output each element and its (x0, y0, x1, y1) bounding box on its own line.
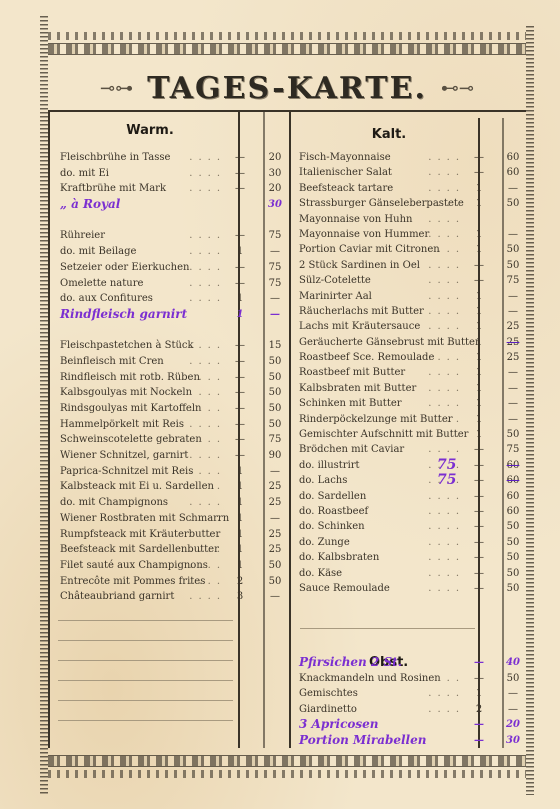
price-marks: 1 (469, 242, 489, 257)
price-pfennig: — (502, 289, 524, 304)
menu-item: Entrecôte mit Pommes frites....250 (60, 574, 290, 590)
menu-item-name: do. Kalbsbraten (299, 550, 379, 565)
leader-dots: .... (189, 338, 226, 354)
price-marks: — (469, 519, 489, 534)
price-marks: 1 (230, 307, 250, 323)
menu-item-name: Gemischtes (299, 686, 358, 702)
page-title: TAGES-KARTE. (147, 71, 427, 106)
menu-item: do. Käse....—50 (299, 566, 529, 581)
price-marks: 1 (230, 511, 250, 527)
price-pfennig: 60 (502, 150, 524, 165)
price-marks: 1 (469, 289, 489, 304)
menu-item: Kalbsbraten mit Butter....1— (299, 381, 529, 396)
menu-item-name: Brödchen mit Caviar (299, 442, 404, 457)
price-pfennig: — (502, 227, 524, 242)
price-pfennig: 50 (502, 535, 524, 550)
leader-dots: .... (428, 212, 465, 227)
menu-item: do. mit Beilage....1— (60, 244, 290, 260)
price-marks: — (230, 276, 250, 292)
price-pfennig: 75 (264, 228, 286, 244)
menu-item-name: Portion Caviar mit Citronen (299, 242, 440, 257)
price-pfennig: 75 (264, 432, 286, 448)
price-pfennig: 50 (502, 427, 524, 442)
leader-dots: .... (428, 550, 465, 565)
price-pfennig: 30 (264, 197, 286, 213)
leader-dots: .... (189, 432, 226, 448)
leader-dots: .... (428, 196, 465, 211)
menu-item-name: Lachs mit Kräutersauce (299, 319, 420, 334)
price-marks: — (469, 504, 489, 519)
menu-item: Rindfleisch garnirt1— (60, 307, 290, 323)
price-marks: — (230, 260, 250, 276)
menu-item: do. mit Ei....—30 (60, 166, 290, 182)
price-marks: — (230, 448, 250, 464)
leader-dots: .... (189, 589, 226, 605)
price-marks: 2 (469, 702, 489, 718)
menu-item: do. Kalbsbraten....—50 (299, 550, 529, 565)
price-pfennig: 15 (264, 338, 286, 354)
price-marks: — (469, 566, 489, 581)
menu-item: do. illustrirt....—6075 (299, 458, 529, 473)
price-marks: 1 (469, 335, 489, 350)
menu-item: do. Roastbeef....—60 (299, 504, 529, 519)
kalt-heading: Kalt. (299, 120, 479, 150)
price-marks: — (469, 442, 489, 457)
menu-item-name: Mayonnaise von Hummer (299, 227, 429, 242)
menu-item-name: Rindsgoulyas mit Kartoffeln (60, 401, 201, 417)
price-marks: — (230, 181, 250, 197)
menu-item: „ à Royal30 (60, 197, 290, 213)
leader-dots: .... (428, 566, 465, 581)
leader-dots: .... (428, 150, 465, 165)
menu-item-name: Beinfleisch mit Cren (60, 354, 164, 370)
price-pfennig: 50 (502, 519, 524, 534)
price-marks: 1 (469, 412, 489, 427)
price-pfennig: 25 (264, 495, 286, 511)
price-pfennig: 60 (502, 458, 524, 473)
price-pfennig: 50 (264, 385, 286, 401)
flourish-right-icon: ⊷⊸ (441, 78, 474, 99)
price-pfennig: — (502, 181, 524, 196)
menu-item-name: Sülz-Cotelette (299, 273, 371, 288)
leader-dots: .... (428, 227, 465, 242)
menu-item-name: Kalbsbraten mit Butter (299, 381, 416, 396)
leader-dots: .... (428, 396, 465, 411)
menu-item-name: Wiener Schnitzel, garnirt (60, 448, 188, 464)
leader-dots: .... (189, 479, 226, 495)
menu-item: Wiener Schnitzel, garnirt....—90 (60, 448, 290, 464)
price-marks: 1 (469, 227, 489, 242)
leader-dots: .... (428, 304, 465, 319)
menu-item-name: Rindfleisch mit rotb. Rüben (60, 370, 200, 386)
leader-dots: .... (428, 442, 465, 457)
blank-line (58, 620, 233, 621)
menu-item-name: do. illustrirt (299, 458, 360, 473)
leader-dots: .... (189, 448, 226, 464)
menu-item-name: Fleischpastetchen à Stück (60, 338, 194, 354)
menu-item: Kraftbrühe mit Mark....—20 (60, 181, 290, 197)
menu-item: Knackmandeln und Rosinen....—50 (299, 671, 529, 687)
leader-dots: .... (428, 273, 465, 288)
price-marks: — (230, 401, 250, 417)
price-pfennig: 50 (264, 558, 286, 574)
blank-line (300, 628, 475, 629)
price-pfennig: 50 (502, 196, 524, 211)
menu-item: Räucherlachs mit Butter....1— (299, 304, 529, 319)
price-marks: 1 (469, 196, 489, 211)
price-marks: 1 (469, 381, 489, 396)
leader-dots: .... (189, 260, 226, 276)
price-marks: — (469, 489, 489, 504)
price-pfennig: 60 (502, 473, 524, 488)
leader-dots: .... (428, 489, 465, 504)
menu-item-name: Filet sauté aux Champignons (60, 558, 208, 574)
price-marks: — (230, 166, 250, 182)
menu-item-name: Hammelpörkelt mit Reis (60, 417, 184, 433)
obst-list: Pfirsichen 2 St.—40Knackmandeln und Rosi… (299, 655, 529, 748)
menu-item-name: Pfirsichen 2 St. (299, 655, 402, 671)
price-pfennig: — (264, 244, 286, 260)
menu-item: Roastbeef Sce. Remoulade....125 (299, 350, 529, 365)
menu-item: Portion Mirabellen—30 (299, 733, 529, 749)
menu-item: Kalbsteack mit Ei u. Sardellen....125 (60, 479, 290, 495)
menu-item-name: Schinken mit Butter (299, 396, 402, 411)
menu-item (60, 213, 290, 229)
title-banner: ⊸⊶ TAGES-KARTE. ⊷⊸ (48, 66, 526, 112)
price-marks: — (469, 581, 489, 596)
price-marks: 1 (469, 181, 489, 196)
blank-line (58, 700, 233, 701)
menu-item: Fleischpastetchen à Stück....—15 (60, 338, 290, 354)
menu-item: Strassburger Gänseleberpastete....150 (299, 196, 529, 211)
price-pfennig: 50 (264, 401, 286, 417)
price-pfennig: 60 (502, 165, 524, 180)
menu-item: Schinken mit Butter....1— (299, 396, 529, 411)
leader-dots: .... (428, 519, 465, 534)
menu-item-name: Fleischbrühe in Tasse (60, 150, 170, 166)
leader-dots: .... (428, 181, 465, 196)
price-marks: — (230, 228, 250, 244)
menu-item: Roastbeef mit Butter....1— (299, 365, 529, 380)
menu-item-name: Rühreier (60, 228, 105, 244)
price-marks: 1 (230, 479, 250, 495)
leader-dots: .... (428, 365, 465, 380)
menu-item: Setzeier oder Eierkuchen....—75 (60, 260, 290, 276)
menu-item: do. Zunge....—50 (299, 535, 529, 550)
price-pfennig: — (502, 365, 524, 380)
price-marks: — (469, 258, 489, 273)
menu-item-name: Kraftbrühe mit Mark (60, 181, 166, 197)
menu-item: do. Lachs....—6075 (299, 473, 529, 488)
menu-item-name: Räucherlachs mit Butter (299, 304, 424, 319)
price-marks: — (230, 385, 250, 401)
menu-item-name: Fisch-Mayonnaise (299, 150, 391, 165)
price-marks: 2 (230, 574, 250, 590)
price-pfennig: 50 (264, 354, 286, 370)
menu-item-name: Italienischer Salat (299, 165, 392, 180)
menu-item: Hammelpörkelt mit Reis....—50 (60, 417, 290, 433)
menu-item: Rühreier....—75 (60, 228, 290, 244)
price-pfennig: 50 (502, 550, 524, 565)
menu-item: Fleischbrühe in Tasse....—20 (60, 150, 290, 166)
leader-dots: .... (428, 165, 465, 180)
menu-item: Gemischtes....1— (299, 686, 529, 702)
menu-item: Rumpfsteack mit Kräuterbutter....125 (60, 527, 290, 543)
menu-item-name: Châteaubriand garnirt (60, 589, 174, 605)
menu-item: Filet sauté aux Champignons....150 (60, 558, 290, 574)
price-marks: — (469, 458, 489, 473)
menu-item-name: Roastbeef Sce. Remoulade (299, 350, 434, 365)
handwritten-price: 75 (437, 458, 456, 473)
leader-dots: .... (189, 166, 226, 182)
menu-item-name: Portion Mirabellen (299, 733, 426, 749)
menu-item-name: do. Lachs (299, 473, 347, 488)
leader-dots: .... (428, 335, 465, 350)
leader-dots: .... (428, 242, 465, 257)
price-pfennig: 20 (264, 181, 286, 197)
price-pfennig: 25 (264, 479, 286, 495)
leader-dots: .... (428, 289, 465, 304)
price-pfennig: 25 (502, 319, 524, 334)
leader-dots: .... (428, 504, 465, 519)
leader-dots: .... (189, 527, 226, 543)
menu-item: Portion Caviar mit Citronen....150 (299, 242, 529, 257)
menu-item-name: Kalbsgoulyas mit Nockeln (60, 385, 192, 401)
leader-dots: .... (428, 702, 465, 718)
price-marks: — (230, 370, 250, 386)
price-pfennig: 50 (502, 242, 524, 257)
menu-item-name: Paprica-Schnitzel mit Reis (60, 464, 193, 480)
menu-item: Paprica-Schnitzel mit Reis....1— (60, 464, 290, 480)
leader-dots: .... (189, 574, 226, 590)
menu-item-name: „ à Royal (60, 197, 120, 213)
price-pfennig: — (502, 396, 524, 411)
leader-dots: .... (189, 276, 226, 292)
menu-item: Wiener Rostbraten mit Schmarrn....1— (60, 511, 290, 527)
menu-item: Châteaubriand garnirt....3— (60, 589, 290, 605)
price-pfennig: 60 (502, 504, 524, 519)
leader-dots: .... (189, 542, 226, 558)
price-pfennig: 90 (264, 448, 286, 464)
menu-item-name: do. mit Beilage (60, 244, 136, 260)
price-pfennig: 50 (502, 566, 524, 581)
menu-item: do. Schinken....—50 (299, 519, 529, 534)
price-marks: 1 (469, 686, 489, 702)
leader-dots: .... (428, 427, 465, 442)
price-pfennig: — (264, 589, 286, 605)
leader-dots: .... (428, 535, 465, 550)
leader-dots: .... (189, 228, 226, 244)
warm-section: Warm. Fleischbrühe in Tasse....—20do. mi… (60, 120, 290, 605)
menu-item: Sauce Remoulade....—50 (299, 581, 529, 596)
price-marks: 1 (469, 396, 489, 411)
price-marks: — (469, 733, 489, 749)
menu-item: Rindfleisch mit rotb. Rüben....—50 (60, 370, 290, 386)
price-pfennig: 75 (264, 276, 286, 292)
price-pfennig: 50 (502, 671, 524, 687)
menu-item-name: do. mit Ei (60, 166, 109, 182)
menu-item: Mayonnaise von Hummer....1— (299, 227, 529, 242)
menu-item: Gemischter Aufschnitt mit Butter....150 (299, 427, 529, 442)
menu-item-name: Sauce Remoulade (299, 581, 390, 596)
menu-item: Sülz-Cotelette....—75 (299, 273, 529, 288)
top-ornament-border (48, 32, 526, 55)
leader-dots: .... (428, 671, 465, 687)
price-pfennig: 25 (264, 527, 286, 543)
price-marks: — (230, 417, 250, 433)
menu-item-name: Marinirter Aal (299, 289, 372, 304)
leader-dots: .... (428, 581, 465, 596)
price-marks: 1 (469, 319, 489, 334)
price-marks: 1 (230, 495, 250, 511)
price-pfennig: 75 (502, 273, 524, 288)
menu-item: 3 Apricosen—20 (299, 717, 529, 733)
menu-item-name: 3 Apricosen (299, 717, 379, 733)
menu-item-name: Knackmandeln und Rosinen (299, 671, 441, 687)
bottom-ornament-border (48, 752, 526, 778)
menu-item: Mayonnaise von Huhn.... (299, 212, 529, 227)
menu-item-name: do. aux Confitures (60, 291, 153, 307)
leader-dots: .... (428, 412, 465, 427)
price-marks: 1 (469, 304, 489, 319)
menu-item: Beinfleisch mit Cren....—50 (60, 354, 290, 370)
price-pfennig: — (264, 291, 286, 307)
price-pfennig: 50 (264, 574, 286, 590)
menu-item-name: Setzeier oder Eierkuchen (60, 260, 189, 276)
price-marks: — (230, 338, 250, 354)
price-pfennig: — (502, 381, 524, 396)
menu-item: do. Sardellen....—60 (299, 489, 529, 504)
kalt-list: Fisch-Mayonnaise....—60Italienischer Sal… (299, 150, 529, 596)
menu-item (60, 323, 290, 339)
price-pfennig: 25 (502, 350, 524, 365)
leader-dots: .... (189, 150, 226, 166)
leader-dots: .... (428, 686, 465, 702)
leader-dots: .... (189, 291, 226, 307)
leader-dots: .... (189, 401, 226, 417)
price-pfennig: — (502, 702, 524, 718)
menu-item: Kalbsgoulyas mit Nockeln....—50 (60, 385, 290, 401)
price-pfennig: — (502, 412, 524, 427)
price-pfennig: 50 (502, 258, 524, 273)
price-marks: — (469, 717, 489, 733)
leader-dots: .... (189, 417, 226, 433)
menu-item: Beefsteack mit Sardellenbutter....125 (60, 542, 290, 558)
menu-item: 2 Stück Sardinen in Oel....—50 (299, 258, 529, 273)
price-marks: 3 (230, 589, 250, 605)
menu-item-name: Roastbeef mit Butter (299, 365, 405, 380)
price-marks: — (469, 165, 489, 180)
menu-item-name: Entrecôte mit Pommes frites (60, 574, 205, 590)
menu-item: Rinderpöckelzunge mit Butter....1— (299, 412, 529, 427)
menu-item: do. aux Confitures....1— (60, 291, 290, 307)
price-pfennig: 50 (264, 417, 286, 433)
price-marks: — (230, 354, 250, 370)
menu-item: Giardinetto....2— (299, 702, 529, 718)
menu-item: do. mit Champignons....125 (60, 495, 290, 511)
price-marks: 1 (469, 427, 489, 442)
menu-item: Brödchen mit Caviar....—75 (299, 442, 529, 457)
leader-dots: .... (189, 385, 226, 401)
blank-line (58, 680, 233, 681)
menu-item-name: Schweinscotelette gebraten (60, 432, 202, 448)
price-marks: — (230, 150, 250, 166)
price-marks: — (469, 535, 489, 550)
price-marks: 1 (230, 464, 250, 480)
leader-dots: .... (189, 558, 226, 574)
leader-dots: .... (189, 370, 226, 386)
leader-dots: .... (189, 244, 226, 260)
menu-item-name: Beefsteack tartare (299, 181, 393, 196)
price-pfennig: 25 (264, 542, 286, 558)
menu-item-name: do. Schinken (299, 519, 365, 534)
price-marks: 1 (230, 244, 250, 260)
leader-dots: .... (428, 258, 465, 273)
leader-dots: .... (428, 319, 465, 334)
leader-dots: .... (428, 381, 465, 396)
price-marks: 1 (230, 291, 250, 307)
price-pfennig: — (502, 686, 524, 702)
price-marks: 1 (469, 350, 489, 365)
menu-item-name: 2 Stück Sardinen in Oel (299, 258, 420, 273)
price-marks: — (469, 473, 489, 488)
price-marks: — (230, 432, 250, 448)
price-marks: 1 (230, 558, 250, 574)
price-pfennig: 20 (264, 150, 286, 166)
menu-item-name: do. Käse (299, 566, 342, 581)
menu-item-name: Mayonnaise von Huhn (299, 212, 412, 227)
warm-heading: Warm. (70, 120, 230, 150)
menu-item-name: Rindfleisch garnirt (60, 307, 187, 323)
price-marks: — (469, 550, 489, 565)
price-marks: — (469, 150, 489, 165)
price-pfennig: 25 (502, 335, 524, 350)
price-pfennig: 20 (502, 717, 524, 733)
price-pfennig: 30 (502, 733, 524, 749)
leader-dots: .... (189, 511, 226, 527)
menu-item: Lachs mit Kräutersauce....125 (299, 319, 529, 334)
warm-list: Fleischbrühe in Tasse....—20do. mit Ei..… (60, 150, 290, 605)
price-marks: — (469, 655, 489, 671)
obst-section: Obst. Pfirsichen 2 St.—40Knackmandeln un… (299, 655, 529, 748)
price-pfennig: 50 (264, 370, 286, 386)
leader-dots: .... (189, 181, 226, 197)
menu-item-name: do. Zunge (299, 535, 350, 550)
leader-dots: .... (428, 350, 465, 365)
price-pfennig: 30 (264, 166, 286, 182)
menu-item-name: Omelette nature (60, 276, 143, 292)
flourish-left-icon: ⊸⊶ (100, 78, 133, 99)
menu-item: Fisch-Mayonnaise....—60 (299, 150, 529, 165)
menu-item-name: do. Sardellen (299, 489, 366, 504)
price-marks: 1 (230, 527, 250, 543)
price-pfennig: 75 (264, 260, 286, 276)
price-marks: — (469, 671, 489, 687)
left-ornament-border (40, 16, 48, 795)
menu-item: Geräucherte Gänsebrust mit Butter....125 (299, 335, 529, 350)
price-pfennig: 40 (502, 655, 524, 671)
price-pfennig: 75 (502, 442, 524, 457)
price-marks: — (469, 273, 489, 288)
menu-item: Marinirter Aal....1— (299, 289, 529, 304)
price-pfennig: — (264, 511, 286, 527)
kalt-section: Kalt. Fisch-Mayonnaise....—60Italienisch… (299, 120, 529, 596)
menu-item: Pfirsichen 2 St.—40 (299, 655, 529, 671)
menu-item: Beefsteack tartare....1— (299, 181, 529, 196)
price-pfennig: — (502, 304, 524, 319)
price-marks: 1 (230, 542, 250, 558)
menu-item-name: Giardinetto (299, 702, 357, 718)
